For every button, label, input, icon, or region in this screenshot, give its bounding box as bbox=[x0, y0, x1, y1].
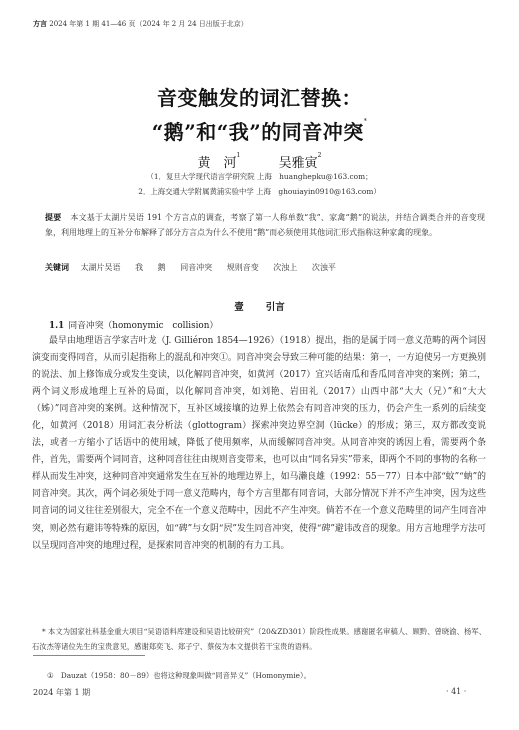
abstract: 提要本文基于太湖片吴语 191 个方言点的调查，考察了第一人称单数“我”、家禽“… bbox=[45, 210, 485, 240]
keyword: 次浊平 bbox=[312, 263, 336, 272]
subsection-number: 1.1 bbox=[49, 321, 64, 331]
page-number: · 41 · bbox=[446, 687, 466, 696]
section-title: 引言 bbox=[266, 302, 285, 313]
keyword: 我 bbox=[135, 263, 143, 272]
article-title-line-2: “鹅”和“我”的同音冲突* bbox=[0, 116, 519, 145]
citation-info: 2024 年第 1 期 41—46 页（2024 年 2 月 24 日出版于北京… bbox=[49, 20, 248, 28]
author-name: 黄 河 bbox=[198, 156, 237, 171]
keyword: 太湖片吴语 bbox=[81, 263, 121, 272]
keyword: 规则音变 bbox=[227, 263, 259, 272]
author-affil-no: 1 bbox=[237, 152, 241, 159]
keyword: 次浊上 bbox=[273, 263, 297, 272]
author-name: 吴雅寅 bbox=[279, 156, 318, 171]
title-footnote-mark: * bbox=[364, 118, 368, 125]
section-number: 壹 bbox=[234, 302, 244, 313]
keywords-label: 关键词 bbox=[45, 262, 69, 272]
keywords: 关键词 太湖片吴语 我 鹅 同音冲突 规则音变 次浊上 次浊平 bbox=[45, 262, 348, 273]
footnote-divider bbox=[33, 655, 145, 656]
journal-name: 方言 bbox=[33, 19, 47, 28]
body-paragraph: 最早由地理语言学家吉叶龙（J. Gilliéron 1854—1926）（191… bbox=[32, 333, 486, 555]
subsection-title: 同音冲突（homonymic collision） bbox=[68, 321, 218, 331]
keyword: 鹅 bbox=[158, 263, 166, 272]
keyword: 同音冲突 bbox=[180, 263, 212, 272]
section-heading: 壹引言 bbox=[0, 299, 519, 313]
affiliation-2: 2．上海交通大学附属黄浦实验中学 上海 ghouiayin0910@163.co… bbox=[0, 186, 519, 197]
running-head: 方言 2024 年第 1 期 41—46 页（2024 年 2 月 24 日出版… bbox=[33, 19, 248, 29]
funding-footnote: * 本文为国家社科基金重大项目“吴语语料库建设和吴语比较研究”（20&ZD301… bbox=[32, 624, 486, 654]
abstract-label: 提要 bbox=[45, 212, 61, 222]
abstract-text: 本文基于太湖片吴语 191 个方言点的调查，考察了第一人称单数“我”、家禽“鹅”… bbox=[45, 213, 485, 237]
footer-issue: 2024 年第 1 期 bbox=[33, 687, 90, 698]
affiliation-1: （1．复旦大学现代语言学研究院 上海 huanghepku@163.com； bbox=[0, 171, 519, 182]
author-list: 黄 河1 吴雅寅2 bbox=[0, 152, 519, 171]
subsection-heading: 1.1同音冲突（homonymic collision） bbox=[49, 318, 218, 331]
footnote-1: ① Dauzat（1958：80－89）也将这种现象叫做“同音异义”（Homon… bbox=[47, 671, 311, 681]
author-affil-no: 2 bbox=[318, 152, 322, 159]
article-title-line-1: 音变触发的词汇替换： bbox=[0, 82, 519, 111]
